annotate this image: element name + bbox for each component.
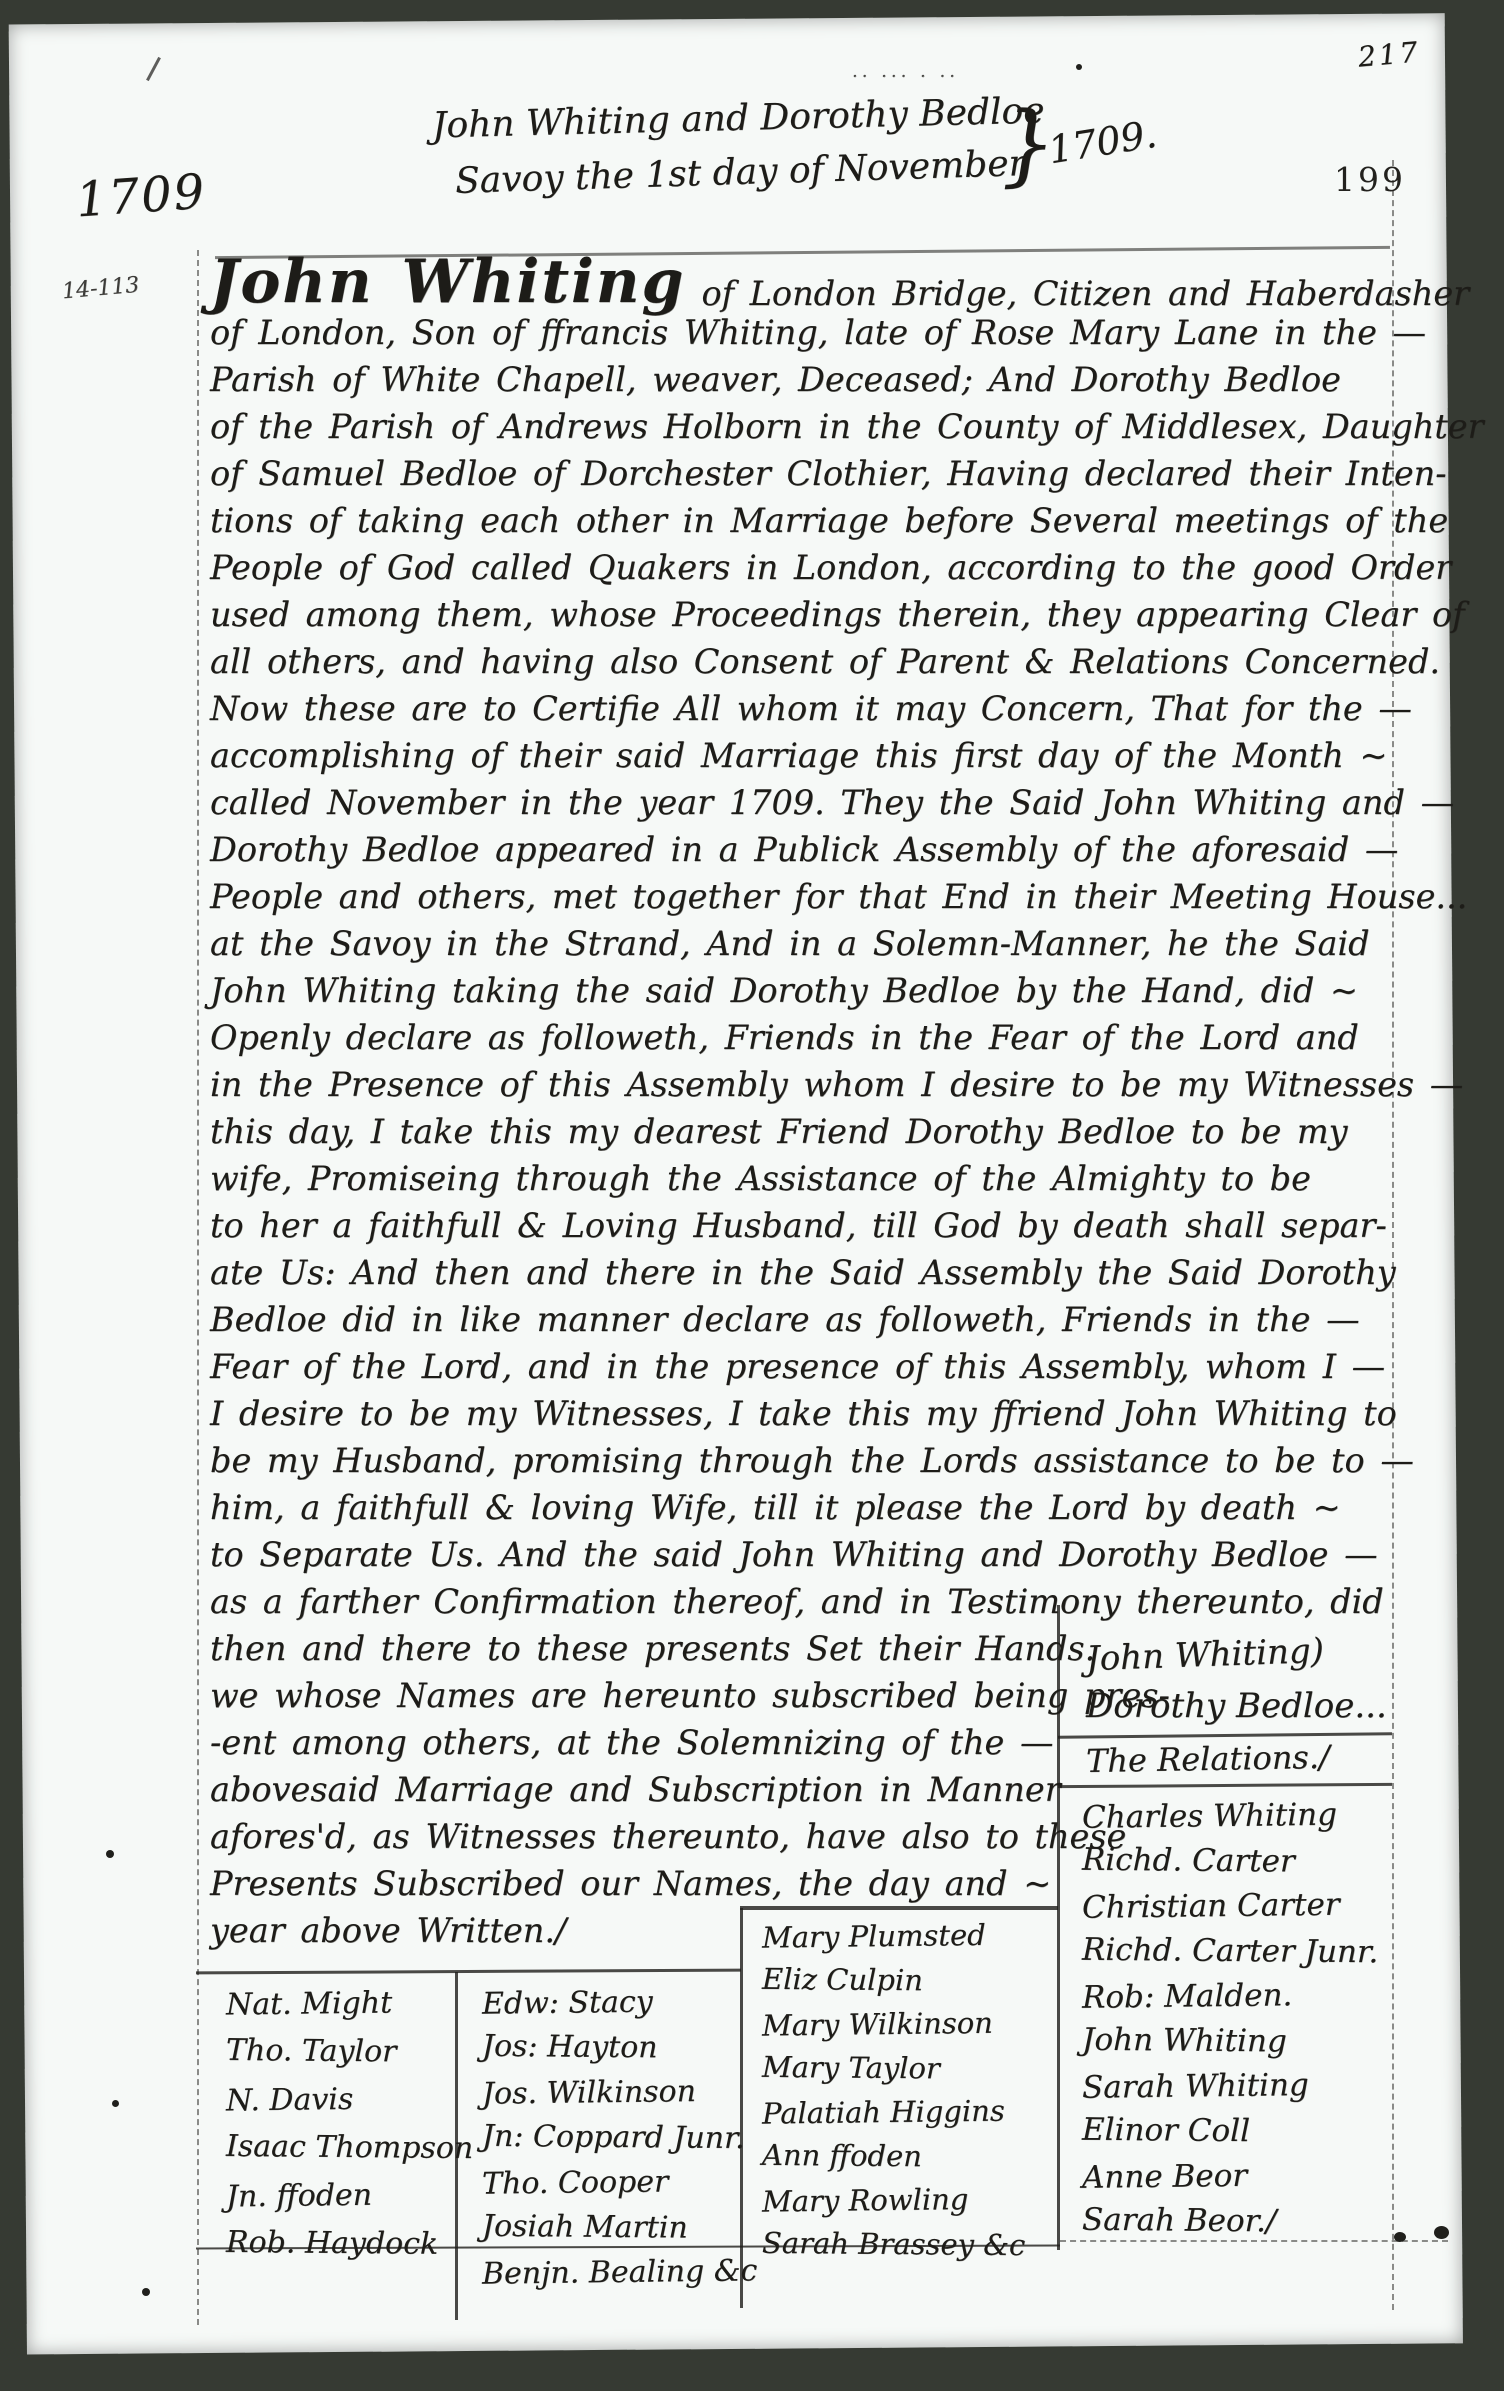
signature: John Whiting) (1085, 1623, 1387, 1685)
manuscript-line: this day, I take this my dearest Friend … (210, 1108, 1400, 1155)
header-place-date-line: Savoy the 1st day of November (454, 143, 1026, 202)
manuscript-line: wife, Promiseing through the Assistance … (210, 1155, 1400, 1202)
manuscript-line-rest: of London Bridge, Citizen and Haberdashe… (701, 274, 1469, 313)
manuscript-line: to Separate Us. And the said John Whitin… (210, 1531, 1400, 1578)
ink-dot (106, 1850, 114, 1858)
manuscript-line: tions of taking each other in Marriage b… (210, 497, 1400, 544)
opening-words: John Whiting (210, 247, 685, 317)
witness-signature: Benjn. Bealing &c (482, 2248, 758, 2296)
witness-signature: Tho. Cooper (482, 2158, 758, 2206)
witness-signature: Rob. Haydock (226, 2219, 474, 2269)
ink-dot (112, 2100, 119, 2107)
relation-signature: Christian Carter (1082, 1882, 1379, 1931)
witness-signature: N. Davis (226, 2074, 474, 2125)
couple-signatures: John Whiting)Dorothy Bedloe... (1086, 1628, 1387, 1732)
witness-signature: Nat. Might (226, 1978, 474, 2029)
manuscript-line: called November in the year 1709. They t… (210, 779, 1400, 826)
folio-number: 217 (1357, 35, 1422, 73)
manuscript-line: of Samuel Bedloe of Dorchester Clothier,… (210, 450, 1400, 497)
ink-dot (1434, 2226, 1449, 2239)
manuscript-line: at the Savoy in the Strand, And in a Sol… (210, 920, 1400, 967)
relations-header: The Relations./ (1086, 1738, 1330, 1780)
manuscript-line: People of God called Quakers in London, … (210, 544, 1400, 591)
witness-signature: Mary Taylor (762, 2045, 1026, 2091)
manuscript-line: to her a faithfull & Loving Husband, til… (210, 1202, 1400, 1249)
ink-dot (142, 2288, 150, 2296)
relations-list: Charles WhitingRichd. CarterChristian Ca… (1082, 1794, 1378, 2244)
margin-reference-note: 14-113 (61, 273, 140, 305)
manuscript-line: People and others, met together for that… (210, 873, 1400, 920)
manuscript-line: accomplishing of their said Marriage thi… (210, 732, 1400, 779)
relation-signature: Rob: Malden. (1082, 1972, 1379, 2021)
manuscript-line: be my Husband, promising through the Lor… (210, 1437, 1400, 1484)
relation-signature: John Whiting (1082, 2018, 1379, 2066)
witness-signature: Josiah Martin (482, 2204, 758, 2251)
manuscript-line: of the Parish of Andrews Holborn in the … (210, 403, 1400, 450)
witness-column-3: Mary PlumstedEliz CulpinMary WilkinsonMa… (762, 1914, 1025, 2266)
witness-signature: Palatiah Higgins (762, 2088, 1026, 2135)
relation-signature: Sarah Beor./ (1082, 2198, 1379, 2246)
manuscript-line: all others, and having also Consent of P… (210, 638, 1400, 685)
witness-signature: Mary Wilkinson (762, 2000, 1026, 2047)
manuscript-line: him, a faithfull & loving Wife, till it … (210, 1484, 1400, 1531)
witness-signature: Ann ffoden (762, 2133, 1026, 2179)
witness-signature: Jn. ffoden (226, 2170, 474, 2221)
witness-signature: Tho. Taylor (226, 2027, 474, 2077)
page-number: 199 (1334, 160, 1406, 199)
ink-dot (1076, 64, 1082, 70)
manuscript-line: Dorothy Bedloe appeared in a Publick Ass… (210, 826, 1400, 873)
relation-signature: Richd. Carter Junr. (1082, 1928, 1379, 1976)
witness-box-top-rule (196, 1969, 741, 1975)
manuscript-line: Parish of White Chapell, weaver, Decease… (210, 356, 1400, 403)
relation-signature: Sarah Whiting (1082, 2062, 1379, 2111)
manuscript-line: Bedloe did in like manner declare as fol… (210, 1296, 1400, 1343)
manuscript-line: I desire to be my Witnesses, I take this… (210, 1390, 1400, 1437)
manuscript-line: Now these are to Certifie All whom it ma… (210, 685, 1400, 732)
witness-signature: Jos. Wilkinson (482, 2068, 758, 2116)
relation-signature: Richd. Carter (1082, 1838, 1379, 1886)
signature: Dorothy Bedloe... (1086, 1680, 1387, 1732)
relation-signature: Anne Beor (1082, 2152, 1379, 2201)
ink-dot (1394, 2232, 1406, 2242)
manuscript-line: Openly declare as followeth, Friends in … (210, 1014, 1400, 1061)
relation-signature: Charles Whiting (1082, 1792, 1379, 1841)
header-scribble: ·· ··· · ·· (852, 66, 959, 87)
margin-year: 1709 (74, 164, 208, 229)
relation-signature: Elinor Coll (1082, 2108, 1379, 2156)
pen-mark (146, 57, 161, 81)
witness-column-1: Nat. MightTho. TaylorN. DavisIsaac Thomp… (226, 1980, 473, 2268)
page-content: 217 199 1709 14-113 ·· ··· · ·· John Whi… (0, 0, 1504, 2391)
header-title-line: John Whiting and Dorothy Bedloe (432, 91, 1045, 147)
left-margin-rule (197, 250, 199, 2325)
witness-signature: Edw: Stacy (482, 1978, 758, 2026)
manuscript-line: as a farther Confirmation thereof, and i… (210, 1578, 1400, 1625)
manuscript-line: in the Presence of this Assembly whom I … (210, 1061, 1400, 1108)
manuscript-line: John Whitingof London Bridge, Citizen an… (210, 262, 1400, 309)
header-year: 1709. (1045, 112, 1159, 172)
witness-signature: Mary Plumsted (762, 1912, 1026, 1959)
manuscript-line: John Whiting taking the said Dorothy Bed… (210, 967, 1400, 1014)
witness-signature: Jos: Hayton (482, 2024, 758, 2071)
manuscript-line: Fear of the Lord, and in the presence of… (210, 1343, 1400, 1390)
witness-signature: Isaac Thompson (226, 2123, 474, 2173)
scanned-document: { "document": { "folio_number": "217", "… (0, 0, 1504, 2391)
witness-signature: Mary Rowling (762, 2176, 1026, 2223)
witness-signature: Sarah Brassey &c (762, 2221, 1026, 2267)
witness-signature: Eliz Culpin (762, 1957, 1026, 2003)
manuscript-line: ate Us: And then and there in the Said A… (210, 1249, 1400, 1296)
manuscript-line: used among them, whose Proceedings there… (210, 591, 1400, 638)
witness-column-2: Edw: StacyJos: HaytonJos. WilkinsonJn: C… (482, 1980, 757, 2295)
witness-signature: Jn: Coppard Junr. (482, 2114, 758, 2161)
